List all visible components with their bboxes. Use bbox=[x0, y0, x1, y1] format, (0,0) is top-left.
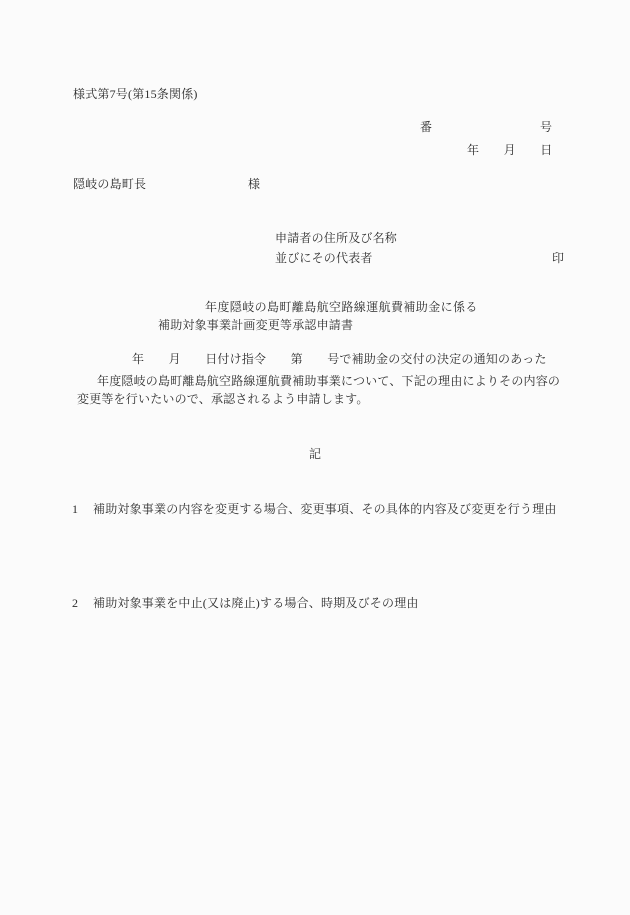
form-number: 様式第7号(第15条関係) bbox=[73, 87, 198, 101]
addressee-honorific: 様 bbox=[248, 177, 260, 191]
body-line-1: 年 月 日付け指令 第 号で補助金の交付の決定の通知のあった bbox=[132, 352, 547, 366]
item-1-text: 補助対象事業の内容を変更する場合、変更事項、その具体的内容及び変更を行う理由 bbox=[93, 502, 557, 516]
body-line-3: 変更等を行いたいので、承認されるよう申請します。 bbox=[77, 392, 369, 406]
applicant-address-label: 申請者の住所及び名称 bbox=[275, 231, 397, 245]
seal-mark: 印 bbox=[552, 251, 564, 265]
item-2-number: 2 bbox=[72, 596, 78, 610]
doc-number-suffix: 号 bbox=[540, 120, 552, 134]
body-line-2: 年度隠岐の島町離島航空路線運航費補助事業について、下記の理由によりその内容の bbox=[97, 374, 560, 388]
doc-number-prefix: 番 bbox=[420, 120, 432, 134]
document-page: 様式第7号(第15条関係) 番 号 年 月 日 隠岐の島町長 様 申請者の住所及… bbox=[0, 0, 630, 915]
item-1-number: 1 bbox=[72, 502, 78, 516]
item-2-text: 補助対象事業を中止(又は廃止)する場合、時期及びその理由 bbox=[93, 596, 419, 610]
title-line-1: 年度隠岐の島町離島航空路線運航費補助金に係る bbox=[205, 300, 478, 314]
applicant-representative-label: 並びにその代表者 bbox=[275, 251, 373, 265]
addressee-name: 隠岐の島町長 bbox=[73, 177, 146, 191]
record-marker: 記 bbox=[309, 447, 321, 461]
date-line: 年 月 日 bbox=[467, 143, 552, 157]
title-line-2: 補助対象事業計画変更等承認申請書 bbox=[158, 318, 353, 332]
